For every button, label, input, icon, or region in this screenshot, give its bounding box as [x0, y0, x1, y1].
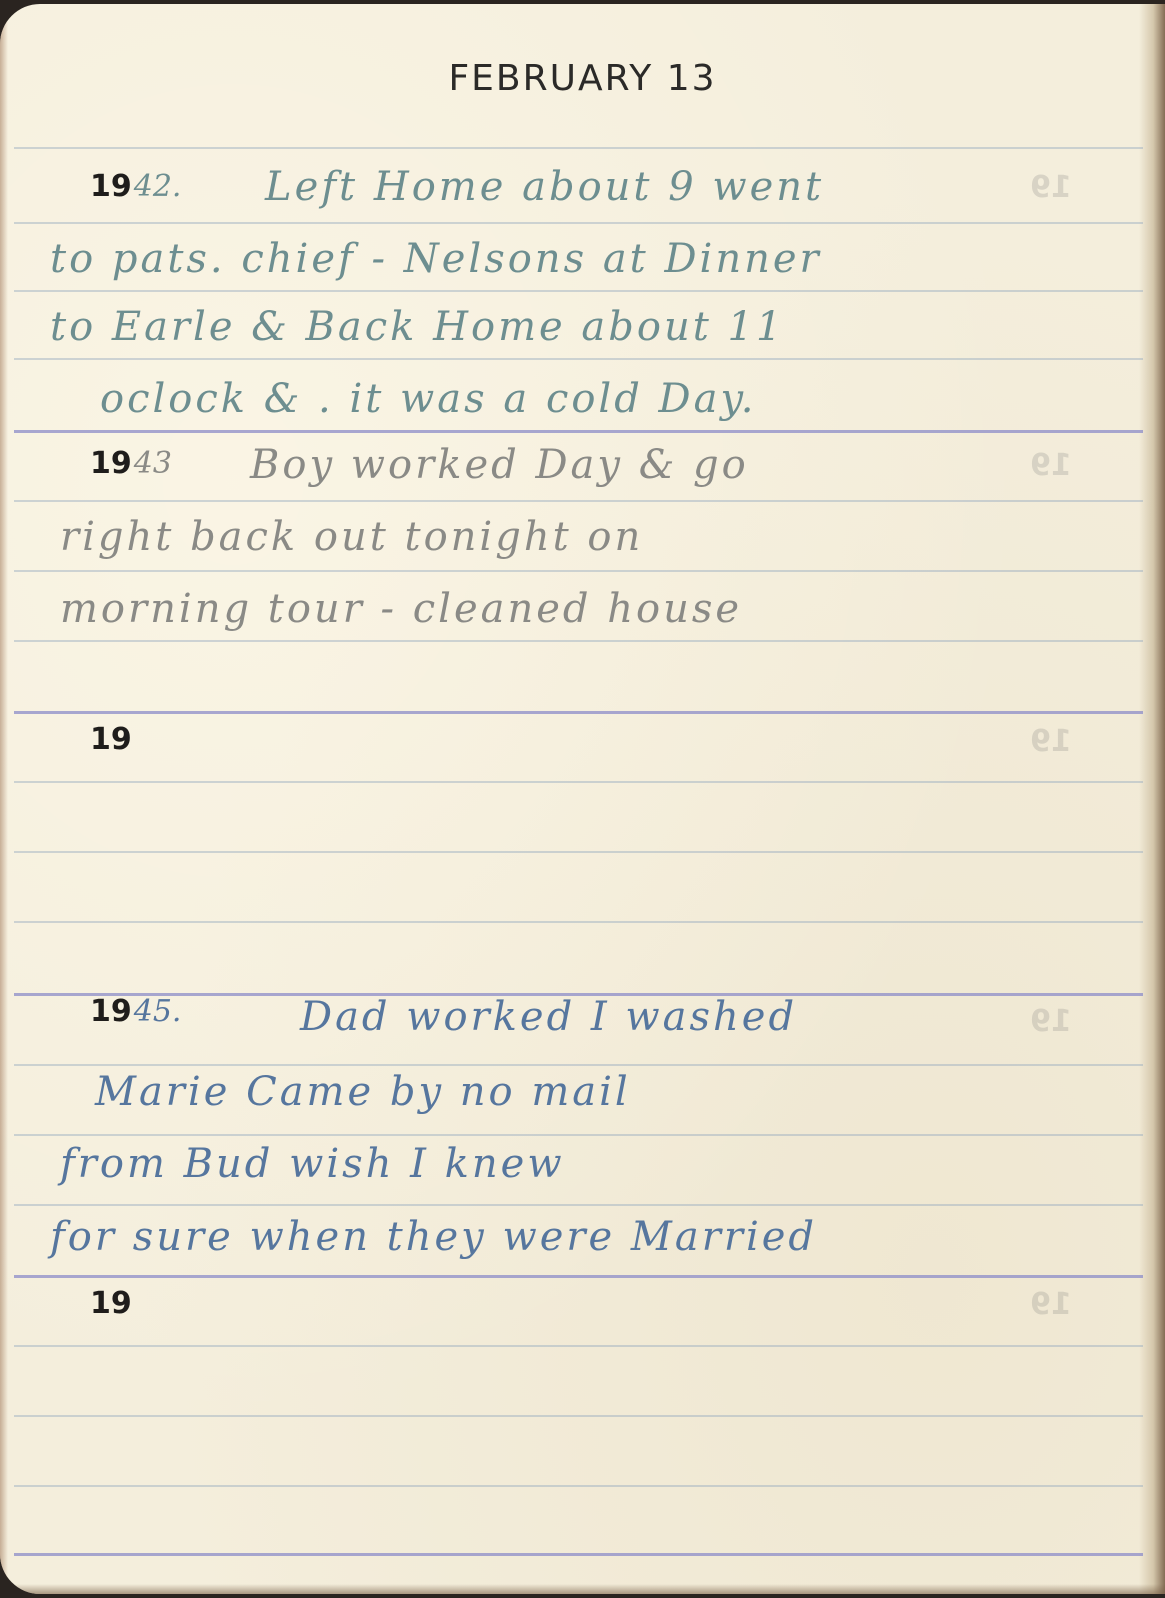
binding-gutter	[1139, 4, 1165, 1594]
page-left-edge	[0, 4, 8, 1594]
ruled-line	[14, 147, 1143, 149]
entry-1943-line: morning tour - cleaned house	[60, 586, 742, 632]
year-label-1945: 1945.	[90, 994, 181, 1029]
ruled-line	[14, 851, 1143, 853]
entry-1945-line: Marie Came by no mail	[95, 1069, 631, 1115]
ghost-year: 19	[1030, 448, 1072, 483]
page-bottom-edge	[0, 1584, 1165, 1594]
section-divider	[14, 430, 1143, 433]
ruled-line	[14, 570, 1143, 572]
year-label-1942: 1942.	[90, 169, 181, 204]
ghost-year: 19	[1030, 170, 1072, 205]
entry-1945-line: from Bud wish I knew	[60, 1141, 565, 1187]
year-prefix: 19	[90, 169, 132, 204]
ruled-line	[14, 290, 1143, 292]
ruled-line	[14, 1134, 1143, 1136]
ruled-line	[14, 1064, 1143, 1066]
year-suffix-handwritten: 43	[134, 446, 172, 481]
entry-1945-line: for sure when they were Married	[50, 1214, 817, 1260]
year-prefix: 19	[90, 722, 132, 757]
ruled-line	[14, 1345, 1143, 1347]
year-label-blank: 19	[90, 1286, 132, 1321]
entry-1943-line: Boy worked Day & go	[250, 442, 749, 488]
year-suffix-handwritten: 42.	[134, 169, 182, 204]
ruled-line	[14, 781, 1143, 783]
entry-1942-line: to Earle & Back Home about 11	[50, 304, 784, 350]
ghost-year: 19	[1030, 724, 1072, 759]
ghost-year: 19	[1030, 1287, 1072, 1322]
year-prefix: 19	[90, 446, 132, 481]
year-label-blank: 19	[90, 722, 132, 757]
page-title: FEBRUARY 13	[0, 58, 1165, 99]
ruled-line	[14, 500, 1143, 502]
entry-1942-line: to pats. chief - Nelsons at Dinner	[50, 236, 822, 282]
entry-1945-line: Dad worked I washed	[300, 994, 797, 1040]
ruled-line	[14, 1485, 1143, 1487]
entry-1943-line: right back out tonight on	[60, 514, 643, 560]
section-divider	[14, 1275, 1143, 1278]
section-divider	[14, 1553, 1143, 1556]
ruled-line	[14, 1415, 1143, 1417]
ruled-line	[14, 640, 1143, 642]
year-label-1943: 1943	[90, 446, 172, 481]
ghost-year: 19	[1030, 1004, 1072, 1039]
ruled-line	[14, 921, 1143, 923]
ruled-line	[14, 222, 1143, 224]
year-suffix-handwritten: 45.	[134, 994, 182, 1029]
ruled-line	[14, 1204, 1143, 1206]
year-prefix: 19	[90, 994, 132, 1029]
ruled-line	[14, 358, 1143, 360]
year-prefix: 19	[90, 1286, 132, 1321]
entry-1942-line: oclock & . it was a cold Day.	[100, 376, 756, 422]
entry-1942-line: Left Home about 9 went	[265, 164, 824, 210]
diary-page: FEBRUARY 13 19 19 19 19 19 1942. Left Ho…	[0, 4, 1165, 1594]
section-divider	[14, 711, 1143, 714]
